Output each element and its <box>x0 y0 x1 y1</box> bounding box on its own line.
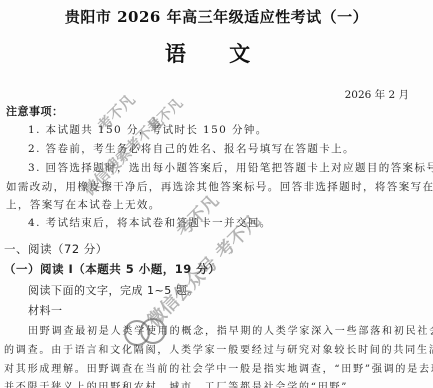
notice-item-4: 4. 考试结束后，将本试卷和答题卡一并交回。 <box>28 215 272 230</box>
material-label: 材料一 <box>28 302 63 318</box>
paragraph-line-1: 田野调查最初是人类学使用的概念，指早期的人类学家深入一些部落和初民社会进行 <box>28 322 433 337</box>
exam-title: 贵阳市 2026 年高三年级适应性考试（一） <box>0 6 433 27</box>
paragraph-line-3: 对其形成理解。田野调查在当前的社会学中一般是指实地调查，“田野”强调的是去现场， <box>4 360 433 375</box>
section-heading: 一、阅读（72 分） <box>4 241 108 257</box>
notice-item-3-end: 上，答案写在本试卷上无效。 <box>6 197 161 212</box>
notice-item-3: 3. 回答选择题时，选出每小题答案后，用铅笔把答题卡上对应题目的答案标号涂黑， <box>28 160 433 175</box>
notice-heading: 注意事项： <box>6 103 64 119</box>
subject-title: 语 文 <box>0 38 433 68</box>
paragraph-line-4: 并不限于狭义上的田野和农村，城市、工厂等都是社会学的“田野”。 <box>4 378 360 388</box>
exam-page: 贵阳市 2026 年高三年级适应性考试（一） 语 文 2026 年 2 月 注意… <box>0 0 433 388</box>
subsection-heading: （一）阅读 I（本题共 5 小题，19 分） <box>4 261 220 277</box>
notice-item-2: 2. 答卷前，考生务必将自己的姓名、报名号填写在答题卡上。 <box>28 141 355 156</box>
notice-item-3-cont: 如需改动，用橡皮擦干净后，再选涂其他答案标号。回答非选择题时，将答案写在答题卡 <box>6 179 433 194</box>
exam-date: 2026 年 2 月 <box>345 87 409 102</box>
paragraph-line-2: 的调查。由于语言和文化隔阂，人类学家一般要经过与研究对象较长时间的共同生活才能 <box>4 341 433 356</box>
reading-instruction: 阅读下面的文字，完成 1~5 题。 <box>28 282 199 298</box>
notice-item-1: 1. 本试题共 150 分，考试时长 150 分钟。 <box>28 122 268 137</box>
